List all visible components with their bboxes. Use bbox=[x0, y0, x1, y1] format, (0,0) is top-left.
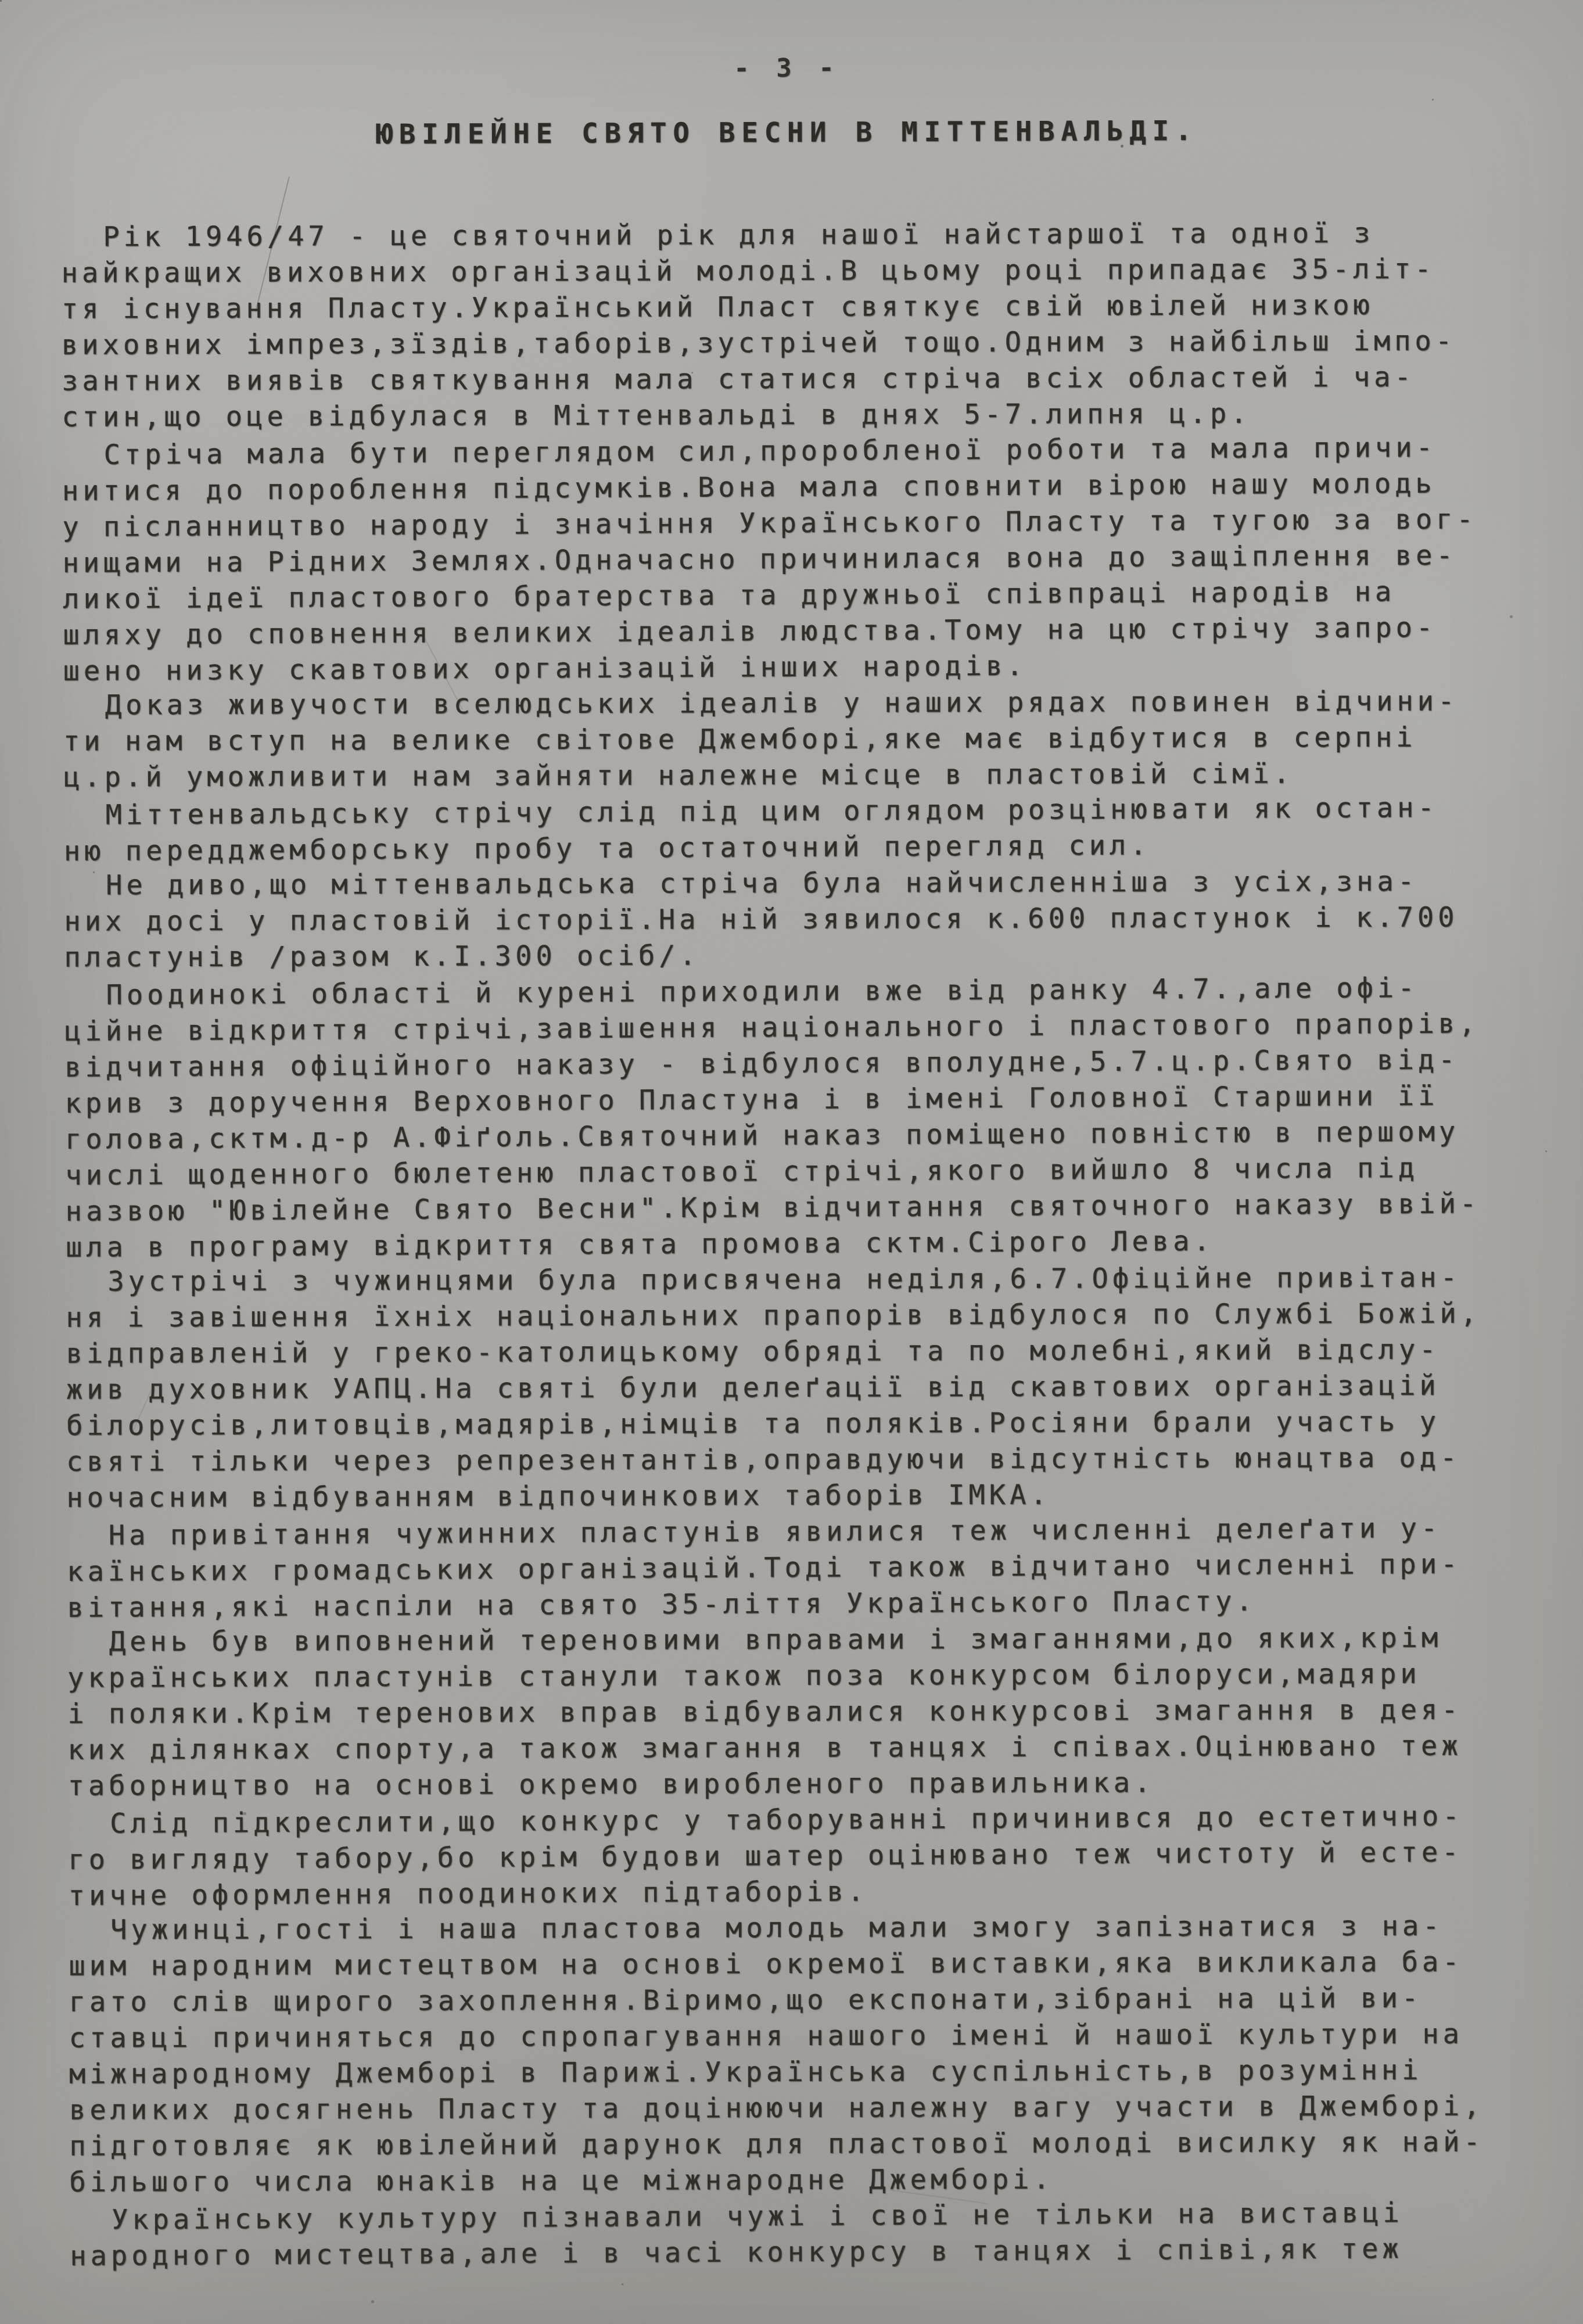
text-line: стин,що оце відбулася в Міттенвальді в д… bbox=[62, 395, 1549, 436]
text-line: шено низку скавтових організацій інших н… bbox=[63, 645, 1551, 690]
paragraph: День був виповнений тереновими вправами … bbox=[67, 1620, 1556, 1805]
text-line: Рік 1946/47 - це святочний рік для нашої… bbox=[61, 215, 1549, 256]
text-line: виховних імпрез,зїздів,таборів,зустрічей… bbox=[62, 323, 1549, 364]
text-line: ночасним відбуванням відпочинкових табор… bbox=[66, 1476, 1554, 1516]
text-line: таборництво на основі окремо виробленого… bbox=[68, 1764, 1556, 1805]
text-line: підготовляє як ювілейний дарунок для пла… bbox=[69, 2124, 1557, 2165]
paragraph: Рік 1946/47 - це святочний рік для нашої… bbox=[61, 215, 1549, 436]
text-line: них досі у пластовій історії.На ній зяви… bbox=[64, 899, 1552, 940]
text-line: українських пластунів станули також поза… bbox=[67, 1656, 1555, 1697]
page-number: - 3 - bbox=[0, 0, 1578, 87]
text-line: гато слів щирого захоплення.Віримо,що ек… bbox=[69, 1980, 1557, 2021]
scan-speckles bbox=[0, 0, 2, 2]
page-title: ЮВІЛЕЙНЕ СВЯТО ВЕСНИ В МІТТЕНВАЛЬДІ. bbox=[0, 113, 1579, 152]
paragraph: Міттенвальдську стрічу слід під цим огля… bbox=[63, 790, 1552, 870]
paragraph: Зустрічі з чужинцями була присвячена нед… bbox=[66, 1260, 1554, 1516]
text-line: Чужинці,гості і наша пластова молодь мал… bbox=[69, 1908, 1556, 1949]
text-line: пластунів /разом к.І.300 осіб/. bbox=[64, 935, 1552, 976]
text-line: народного мистецтва,але і в часі конкурс… bbox=[70, 2230, 1557, 2275]
text-line: міжнародному Джемборі в Парижі.Українськ… bbox=[69, 2052, 1557, 2093]
text-line: шла в програму відкриття свята промова с… bbox=[66, 1222, 1553, 1266]
text-line: святі тільки через репрезентантів,оправд… bbox=[66, 1440, 1554, 1480]
text-line: жив духовник УАПЦ.На святі були делеґаці… bbox=[66, 1368, 1554, 1408]
text-line: більшого числа юнаків на це міжнародне Д… bbox=[69, 2160, 1557, 2201]
text-line: вітання,які наспіли на свято 35-ліття Ук… bbox=[67, 1582, 1555, 1626]
paragraph: Не диво,що міттенвальдська стріча була н… bbox=[64, 863, 1552, 976]
paragraph: На привітання чужинних пластунів явилися… bbox=[67, 1510, 1555, 1626]
text-line: і поляки.Крім теренових вправ відбувалис… bbox=[67, 1692, 1555, 1733]
document-body: Рік 1946/47 - це святочний рік для нашої… bbox=[0, 214, 1583, 2274]
text-line: ня і завішення їхніх національних прапор… bbox=[66, 1296, 1553, 1336]
text-line: відправленій у греко-католицькому обряді… bbox=[66, 1332, 1554, 1372]
text-line: шим народним мистецтвом на основі окремо… bbox=[69, 1944, 1556, 1985]
text-line: найкращих виховних організацій молоді.В … bbox=[62, 251, 1549, 292]
paragraph: Чужинці,гості і наша пластова молодь мал… bbox=[69, 1908, 1557, 2201]
paragraph: Слід підкреслити,що конкурс у таборуванн… bbox=[68, 1798, 1556, 1914]
text-line: Не диво,що міттенвальдська стріча була н… bbox=[64, 863, 1552, 904]
text-line: ких ділянках спорту,а також змагання в т… bbox=[67, 1728, 1555, 1769]
text-line: ц.р.й уможливити нам зайняти належне міс… bbox=[63, 755, 1551, 796]
text-line: білорусів,литовців,мадярів,німців та пол… bbox=[66, 1404, 1554, 1444]
text-line: тя існування Пласту.Український Пласт св… bbox=[62, 287, 1549, 328]
text-line: ню передджемборську пробу та остаточний … bbox=[64, 826, 1552, 870]
text-line: Зустрічі з чужинцями була присвячена нед… bbox=[66, 1260, 1553, 1300]
text-line: Доказ живучости вселюдських ідеалів у на… bbox=[63, 683, 1551, 724]
text-line: ти нам вступ на велике світове Джемборі,… bbox=[63, 719, 1551, 760]
paragraph: Доказ живучости вселюдських ідеалів у на… bbox=[63, 683, 1552, 796]
paragraph: Українську культуру пізнавали чужі і сво… bbox=[70, 2194, 1558, 2275]
typewritten-content: - 3 - ЮВІЛЕЙНЕ СВЯТО ВЕСНИ В МІТТЕНВАЛЬД… bbox=[0, 0, 1583, 2274]
text-line: великих досягнень Пласту та доцінюючи на… bbox=[69, 2088, 1557, 2129]
paragraph: Поодинокі області й курені приходили вже… bbox=[64, 970, 1554, 1266]
text-line: тичне оформлення поодиноких підтаборів. bbox=[69, 1870, 1556, 1914]
paragraph: Стріча мала бути переглядом сил,проробле… bbox=[62, 429, 1550, 690]
text-line: зантних виявів святкування мала статися … bbox=[62, 359, 1549, 400]
text-line: ставці причиняться до спропагування нашо… bbox=[69, 2016, 1557, 2057]
text-line: День був виповнений тереновими вправами … bbox=[67, 1620, 1555, 1660]
scanned-document-page: - 3 - ЮВІЛЕЙНЕ СВЯТО ВЕСНИ В МІТТЕНВАЛЬД… bbox=[0, 0, 1583, 2324]
